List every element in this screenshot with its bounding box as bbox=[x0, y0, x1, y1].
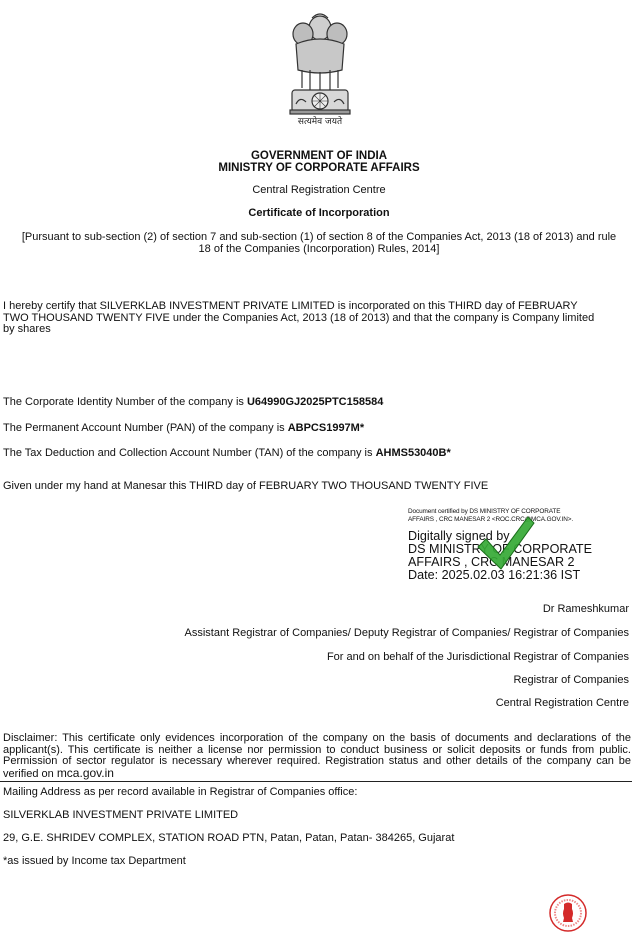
svg-text:सत्यमेव जयते: सत्यमेव जयते bbox=[298, 115, 343, 126]
signatory-name: Dr Rameshkumar bbox=[543, 603, 629, 615]
certify-paragraph: I hereby certify that SILVERKLAB INVESTM… bbox=[3, 301, 594, 336]
heading-line-1: GOVERNMENT OF INDIA bbox=[0, 150, 638, 162]
government-heading: GOVERNMENT OF INDIA MINISTRY OF CORPORAT… bbox=[0, 150, 638, 174]
mca-official-seal-icon bbox=[545, 893, 591, 933]
signatory-office: Central Registration Centre bbox=[496, 697, 629, 709]
divider bbox=[0, 781, 632, 782]
pan-line: The Permanent Account Number (PAN) of th… bbox=[3, 422, 364, 434]
office-name: Central Registration Centre bbox=[0, 184, 638, 196]
mailing-label: Mailing Address as per record available … bbox=[3, 786, 357, 798]
disclaimer: Disclaimer: This certificate only eviden… bbox=[3, 733, 631, 780]
signatory-behalf: For and on behalf of the Jurisdictional … bbox=[327, 651, 629, 663]
mca-link[interactable]: mca.gov.in bbox=[57, 766, 114, 780]
national-emblem-icon: सत्यमेव जयते bbox=[276, 4, 364, 126]
heading-line-2: MINISTRY OF CORPORATE AFFAIRS bbox=[0, 162, 638, 174]
tan-line: The Tax Deduction and Collection Account… bbox=[3, 447, 451, 459]
signatory-designation: Assistant Registrar of Companies/ Deputy… bbox=[185, 627, 629, 639]
signatory-role: Registrar of Companies bbox=[513, 674, 629, 686]
cin-line: The Corporate Identity Number of the com… bbox=[3, 396, 383, 408]
mailing-company: SILVERKLAB INVESTMENT PRIVATE LIMITED bbox=[3, 809, 238, 821]
pursuant-clause: [Pursuant to sub-section (2) of section … bbox=[0, 231, 638, 255]
mailing-address: 29, G.E. SHRIDEV COMPLEX, STATION ROAD P… bbox=[3, 832, 454, 844]
footnote: *as issued by Income tax Department bbox=[3, 855, 186, 867]
digital-signature-block[interactable]: Document certified by DS MINISTRY OF COR… bbox=[408, 508, 633, 582]
cin-value: U64990GJ2025PTC158584 bbox=[247, 396, 383, 408]
certificate-title: Certificate of Incorporation bbox=[0, 207, 638, 219]
tan-value: AHMS53040B* bbox=[376, 447, 451, 459]
pan-value: ABPCS1997M* bbox=[288, 422, 364, 434]
given-under-line: Given under my hand at Manesar this THIR… bbox=[3, 480, 488, 492]
signature-valid-check-icon bbox=[476, 513, 536, 571]
